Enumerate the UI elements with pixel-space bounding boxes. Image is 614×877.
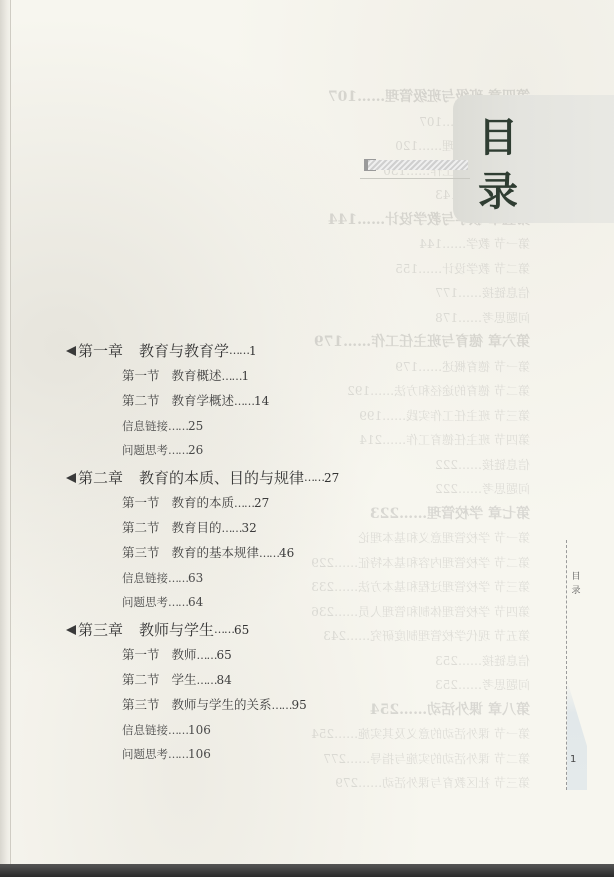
page-ref: 84	[217, 673, 232, 687]
chapter-arrow-icon	[66, 473, 76, 483]
section-title: 教育目的	[172, 520, 222, 535]
book-gutter	[0, 0, 11, 864]
side-tab-wedge	[567, 680, 587, 790]
page-ref: 64	[188, 595, 203, 609]
chapter-arrow-icon	[66, 346, 76, 356]
show-through-line: 问题思考……178	[90, 306, 530, 331]
page-ref: 32	[242, 521, 257, 535]
section-number: 第二节	[122, 672, 160, 687]
toc-entry-questions[interactable]: 问题思考……64	[66, 590, 446, 615]
scan-bottom-edge	[0, 864, 614, 877]
section-title: 教育的本质	[172, 495, 235, 510]
section-title: 教育学概述	[172, 393, 235, 408]
page-ref: 27	[254, 496, 269, 510]
page-number: 1	[570, 754, 576, 765]
section-number: 第三节	[122, 545, 160, 560]
chapter-number: 第一章	[78, 338, 123, 364]
show-through-line: 信息链接……177	[90, 281, 530, 306]
section-title: 教育概述	[172, 368, 222, 383]
toc-entry-info-link[interactable]: 信息链接……63	[66, 566, 446, 591]
section-title: 信息链接	[122, 723, 168, 737]
page-ref: 14	[254, 394, 269, 408]
dot-leader: ……	[214, 617, 234, 643]
chapter-3: 第三章 教师与学生 …… 65 第一节教师……65 第二节学生……84 第三节教…	[66, 617, 446, 767]
page-title-char-1: 目	[478, 118, 518, 158]
page-ref: 26	[188, 443, 203, 457]
dot-leader: ……	[229, 338, 249, 364]
side-tab-char-1: 目	[568, 570, 584, 584]
toc-entry[interactable]: 第二节教育学概述……14	[66, 389, 446, 414]
page-ref: 95	[292, 698, 307, 712]
chapter-title: 教育的本质、目的与规律	[139, 465, 304, 491]
chapter-2: 第二章 教育的本质、目的与规律 …… 27 第一节教育的本质……27 第二节教育…	[66, 465, 446, 615]
dot-leader: ……	[168, 724, 188, 737]
toc-entry[interactable]: 第三节教师与学生的关系……95	[66, 693, 446, 718]
dot-leader: ……	[304, 465, 324, 491]
show-through-line: 第三节 社区教育与课外活动……279	[90, 771, 530, 796]
toc-entry[interactable]: 第一节教师……65	[66, 643, 446, 668]
dot-leader: ……	[168, 596, 188, 609]
chapter-1: 第一章 教育与教育学 …… 1 第一节教育概述……1 第二节教育学概述……14 …	[66, 338, 446, 463]
decorative-hatched-bar	[368, 160, 468, 170]
chapter-number: 第二章	[78, 465, 123, 491]
dot-leader: ……	[197, 674, 217, 687]
dot-leader: ……	[168, 444, 188, 457]
section-title: 教育的基本规律	[172, 545, 260, 560]
dot-leader: ……	[168, 420, 188, 433]
dot-leader: ……	[222, 370, 242, 383]
table-of-contents: 第一章 教育与教育学 …… 1 第一节教育概述……1 第二节教育学概述……14 …	[66, 338, 446, 767]
side-tab-label: 目 录	[568, 570, 584, 598]
toc-entry-info-link[interactable]: 信息链接……106	[66, 718, 446, 743]
section-number: 第二节	[122, 520, 160, 535]
section-title: 问题思考	[122, 443, 168, 457]
show-through-line: 第二节 教学设计……155	[90, 257, 530, 282]
dot-leader: ……	[259, 547, 279, 560]
toc-entry-questions[interactable]: 问题思考……106	[66, 742, 446, 767]
decorative-rule	[360, 178, 470, 179]
dot-leader: ……	[168, 572, 188, 585]
page-ref: 106	[188, 747, 211, 761]
page-ref: 25	[188, 419, 203, 433]
toc-entry[interactable]: 第二节学生……84	[66, 668, 446, 693]
section-title: 问题思考	[122, 747, 168, 761]
chapter-number: 第三章	[78, 617, 123, 643]
page-ref: 65	[217, 648, 232, 662]
page-title-char-2: 录	[478, 172, 518, 212]
page-ref: 63	[188, 571, 203, 585]
chapter-title-row[interactable]: 第三章 教师与学生 …… 65	[66, 617, 446, 643]
section-number: 第一节	[122, 495, 160, 510]
dot-leader: ……	[168, 748, 188, 761]
dot-leader: ……	[272, 699, 292, 712]
section-title: 信息链接	[122, 419, 168, 433]
page-ref: 27	[324, 465, 339, 491]
show-through-line: 第一节 教学……144	[90, 232, 530, 257]
page-ref: 65	[234, 617, 249, 643]
chapter-title: 教师与学生	[139, 617, 214, 643]
toc-entry[interactable]: 第三节教育的基本规律……46	[66, 541, 446, 566]
toc-entry-questions[interactable]: 问题思考……26	[66, 438, 446, 463]
dot-leader: ……	[197, 649, 217, 662]
chapter-title: 教育与教育学	[139, 338, 229, 364]
section-title: 学生	[172, 672, 197, 687]
section-title: 教师	[172, 647, 197, 662]
section-number: 第三节	[122, 697, 160, 712]
dot-leader: ……	[234, 497, 254, 510]
side-tab-char-2: 录	[568, 584, 584, 598]
section-title: 教师与学生的关系	[172, 697, 272, 712]
toc-entry-info-link[interactable]: 信息链接……25	[66, 414, 446, 439]
section-title: 问题思考	[122, 595, 168, 609]
chapter-title-row[interactable]: 第二章 教育的本质、目的与规律 …… 27	[66, 465, 446, 491]
section-number: 第一节	[122, 368, 160, 383]
page-ref: 1	[249, 338, 257, 364]
toc-entry[interactable]: 第二节教育目的……32	[66, 516, 446, 541]
toc-entry[interactable]: 第一节教育的本质……27	[66, 491, 446, 516]
section-number: 第一节	[122, 647, 160, 662]
section-number: 第二节	[122, 393, 160, 408]
dot-leader: ……	[234, 395, 254, 408]
page-ref: 106	[188, 723, 211, 737]
page-ref: 1	[242, 369, 250, 383]
page-ref: 46	[279, 546, 294, 560]
toc-page: 第四章 班级与班级管理……107第一节 班级……107第二节 班级管理……120…	[0, 0, 614, 864]
chapter-arrow-icon	[66, 625, 76, 635]
dot-leader: ……	[222, 522, 242, 535]
toc-entry[interactable]: 第一节教育概述……1	[66, 364, 446, 389]
chapter-title-row[interactable]: 第一章 教育与教育学 …… 1	[66, 338, 446, 364]
section-title: 信息链接	[122, 571, 168, 585]
